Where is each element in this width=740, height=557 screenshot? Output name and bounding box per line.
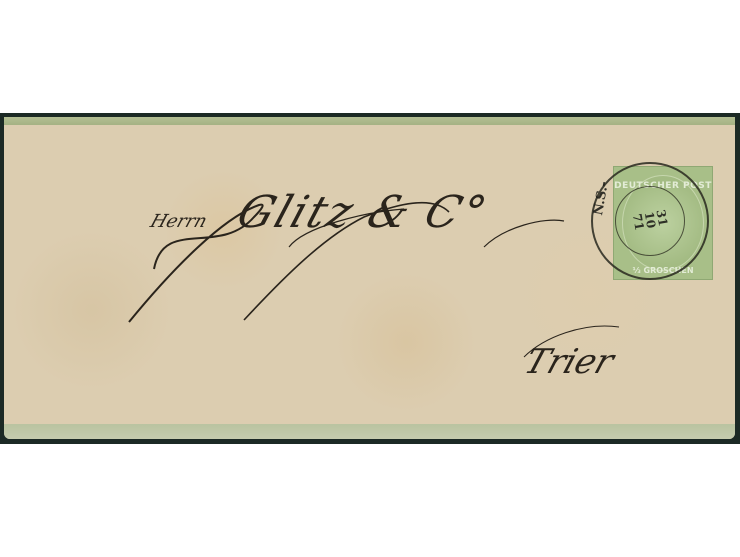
green-band-bottom [4,424,735,439]
addressee-line: HerrnGlitz & C° [146,187,495,238]
addressee-name: Glitz & C° [231,187,495,238]
postmark-date: 31 10 71 [622,161,677,280]
salutation: Herrn [148,211,210,232]
newspaper-wrapper: HerrnGlitz & C° Trier DEUTSCHER POST ⅓ G… [4,117,735,439]
destination-line: Trier [520,342,619,382]
green-band-top [4,117,735,125]
postmark: 31 10 71 N.S.- [591,162,709,280]
postmark-town: N.S.- [591,180,612,217]
